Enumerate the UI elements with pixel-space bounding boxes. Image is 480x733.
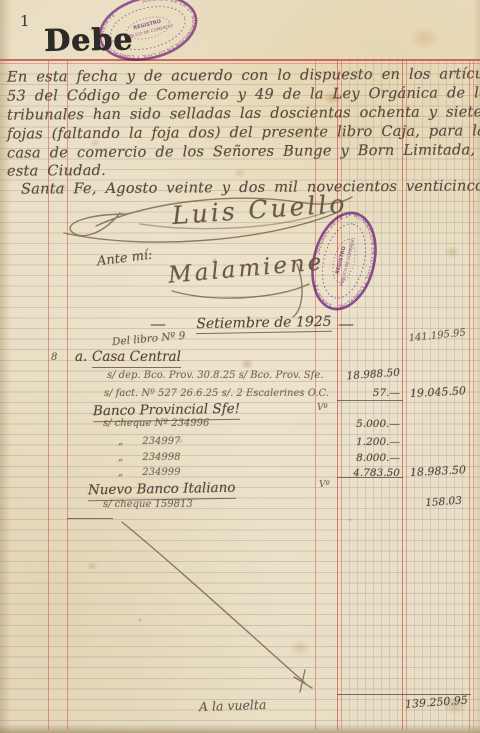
entry-detail: „ 234998 [118,452,180,464]
margin-folio-number: 8 [51,352,57,364]
entry-amount-partial: 1.200.— [332,436,400,448]
certificate-line: fojas (faltando la foja dos) del present… [7,123,473,143]
page-number: 1 [20,13,30,30]
entry-detail: s/ dep. Bco. Prov. 30.8.25 s/ Bco. Prov.… [107,370,323,382]
sum-rule [337,477,403,478]
certificate-line: tribunales han sido selladas las doscien… [7,104,473,124]
certificate-line: 53 del Código de Comercio y 49 de la Ley… [7,85,473,105]
account-prefix: a. [75,350,87,366]
account-name: Nuevo Banco Italiano [88,481,236,501]
month-heading: Setiembre de 1925 [196,314,332,334]
entry-detail: „ 234997 [118,436,180,448]
entry-amount-partial: 8.000.— [332,452,400,464]
sum-rule [337,400,403,401]
certificate-line: En esta fecha y de acuerdo con lo dispue… [7,66,473,86]
ledger-header-title: Debe [44,23,134,59]
entry-detail: s/ cheque Nº 234996 [103,418,209,430]
carry-forward-label: A la vuelta [199,698,267,715]
entry-detail: s/ fact. Nº 527 26.6.25 s/. 2 Escalerine… [104,388,329,400]
entry-amount-partial: 57.— [332,387,400,399]
ledger-page: 1 Debe JUZGADO DE LA 1ª NOMINACIÓN EN LO… [0,0,480,733]
certificate-line: casa de comercio de los Señores Bunge y … [7,142,473,162]
visto-mark: Vº [319,480,330,490]
visto-mark: Vº [317,403,328,413]
account-name: Casa Central [92,350,181,368]
heading-dash-right: — [338,315,354,333]
entry-amount-partial: 5.000.— [332,418,400,430]
closing-stroke [67,518,113,519]
entry-detail: s/ cheque 159813 [103,499,193,511]
entry-detail: „ 234999 [118,467,180,479]
